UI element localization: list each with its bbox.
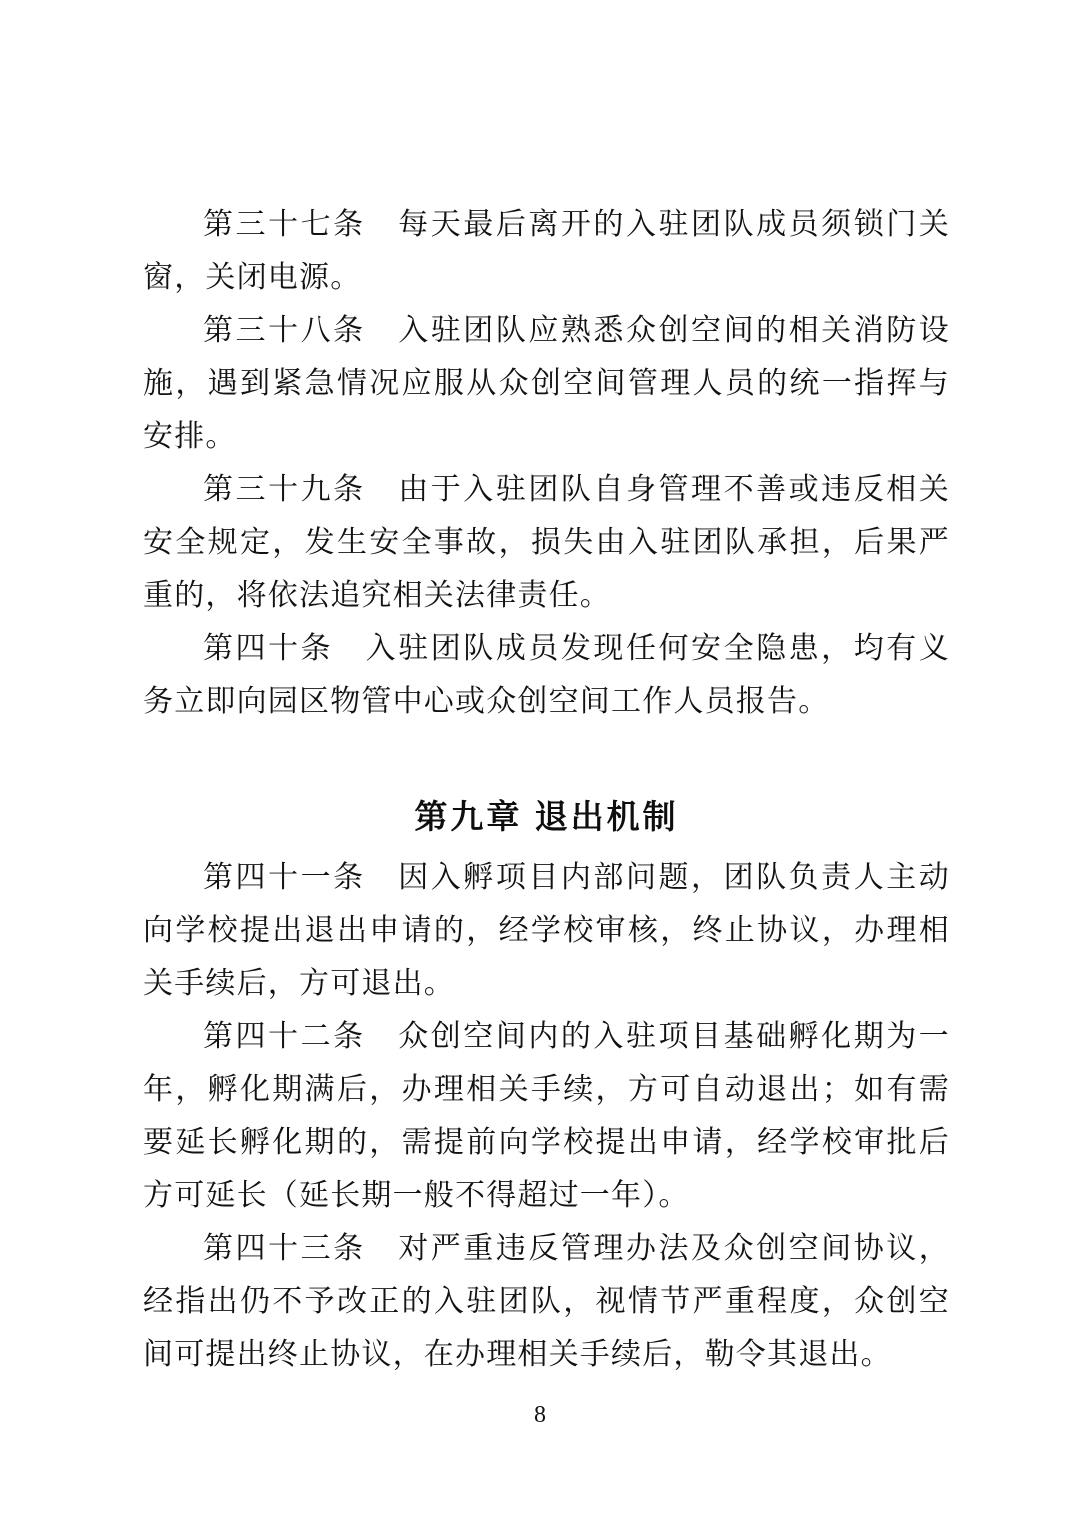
document-page: 第三十七条 每天最后离开的入驻团队成员须锁门关窗，关闭电源。 第三十八条 入驻团… [0, 0, 1080, 1527]
article-40-paragraph: 第四十条 入驻团队成员发现任何安全隐患，均有义务立即向园区物管中心或众创空间工作… [143, 622, 950, 728]
article-38-paragraph: 第三十八条 入驻团队应熟悉众创空间的相关消防设施，遇到紧急情况应服从众创空间管理… [143, 304, 950, 463]
page-number: 8 [0, 1402, 1080, 1429]
article-41-paragraph: 第四十一条 因入孵项目内部问题，团队负责人主动向学校提出退出申请的，经学校审核，… [143, 851, 950, 1010]
article-43-paragraph: 第四十三条 对严重违反管理办法及众创空间协议，经指出仍不予改正的入驻团队，视情节… [143, 1222, 950, 1381]
chapter-9-heading: 第九章 退出机制 [143, 790, 950, 843]
article-39-paragraph: 第三十九条 由于入驻团队自身管理不善或违反相关安全规定，发生安全事故，损失由入驻… [143, 463, 950, 622]
article-42-paragraph: 第四十二条 众创空间内的入驻项目基础孵化期为一年，孵化期满后，办理相关手续，方可… [143, 1010, 950, 1222]
article-37-paragraph: 第三十七条 每天最后离开的入驻团队成员须锁门关窗，关闭电源。 [143, 198, 950, 304]
document-body: 第三十七条 每天最后离开的入驻团队成员须锁门关窗，关闭电源。 第三十八条 入驻团… [143, 198, 950, 1381]
